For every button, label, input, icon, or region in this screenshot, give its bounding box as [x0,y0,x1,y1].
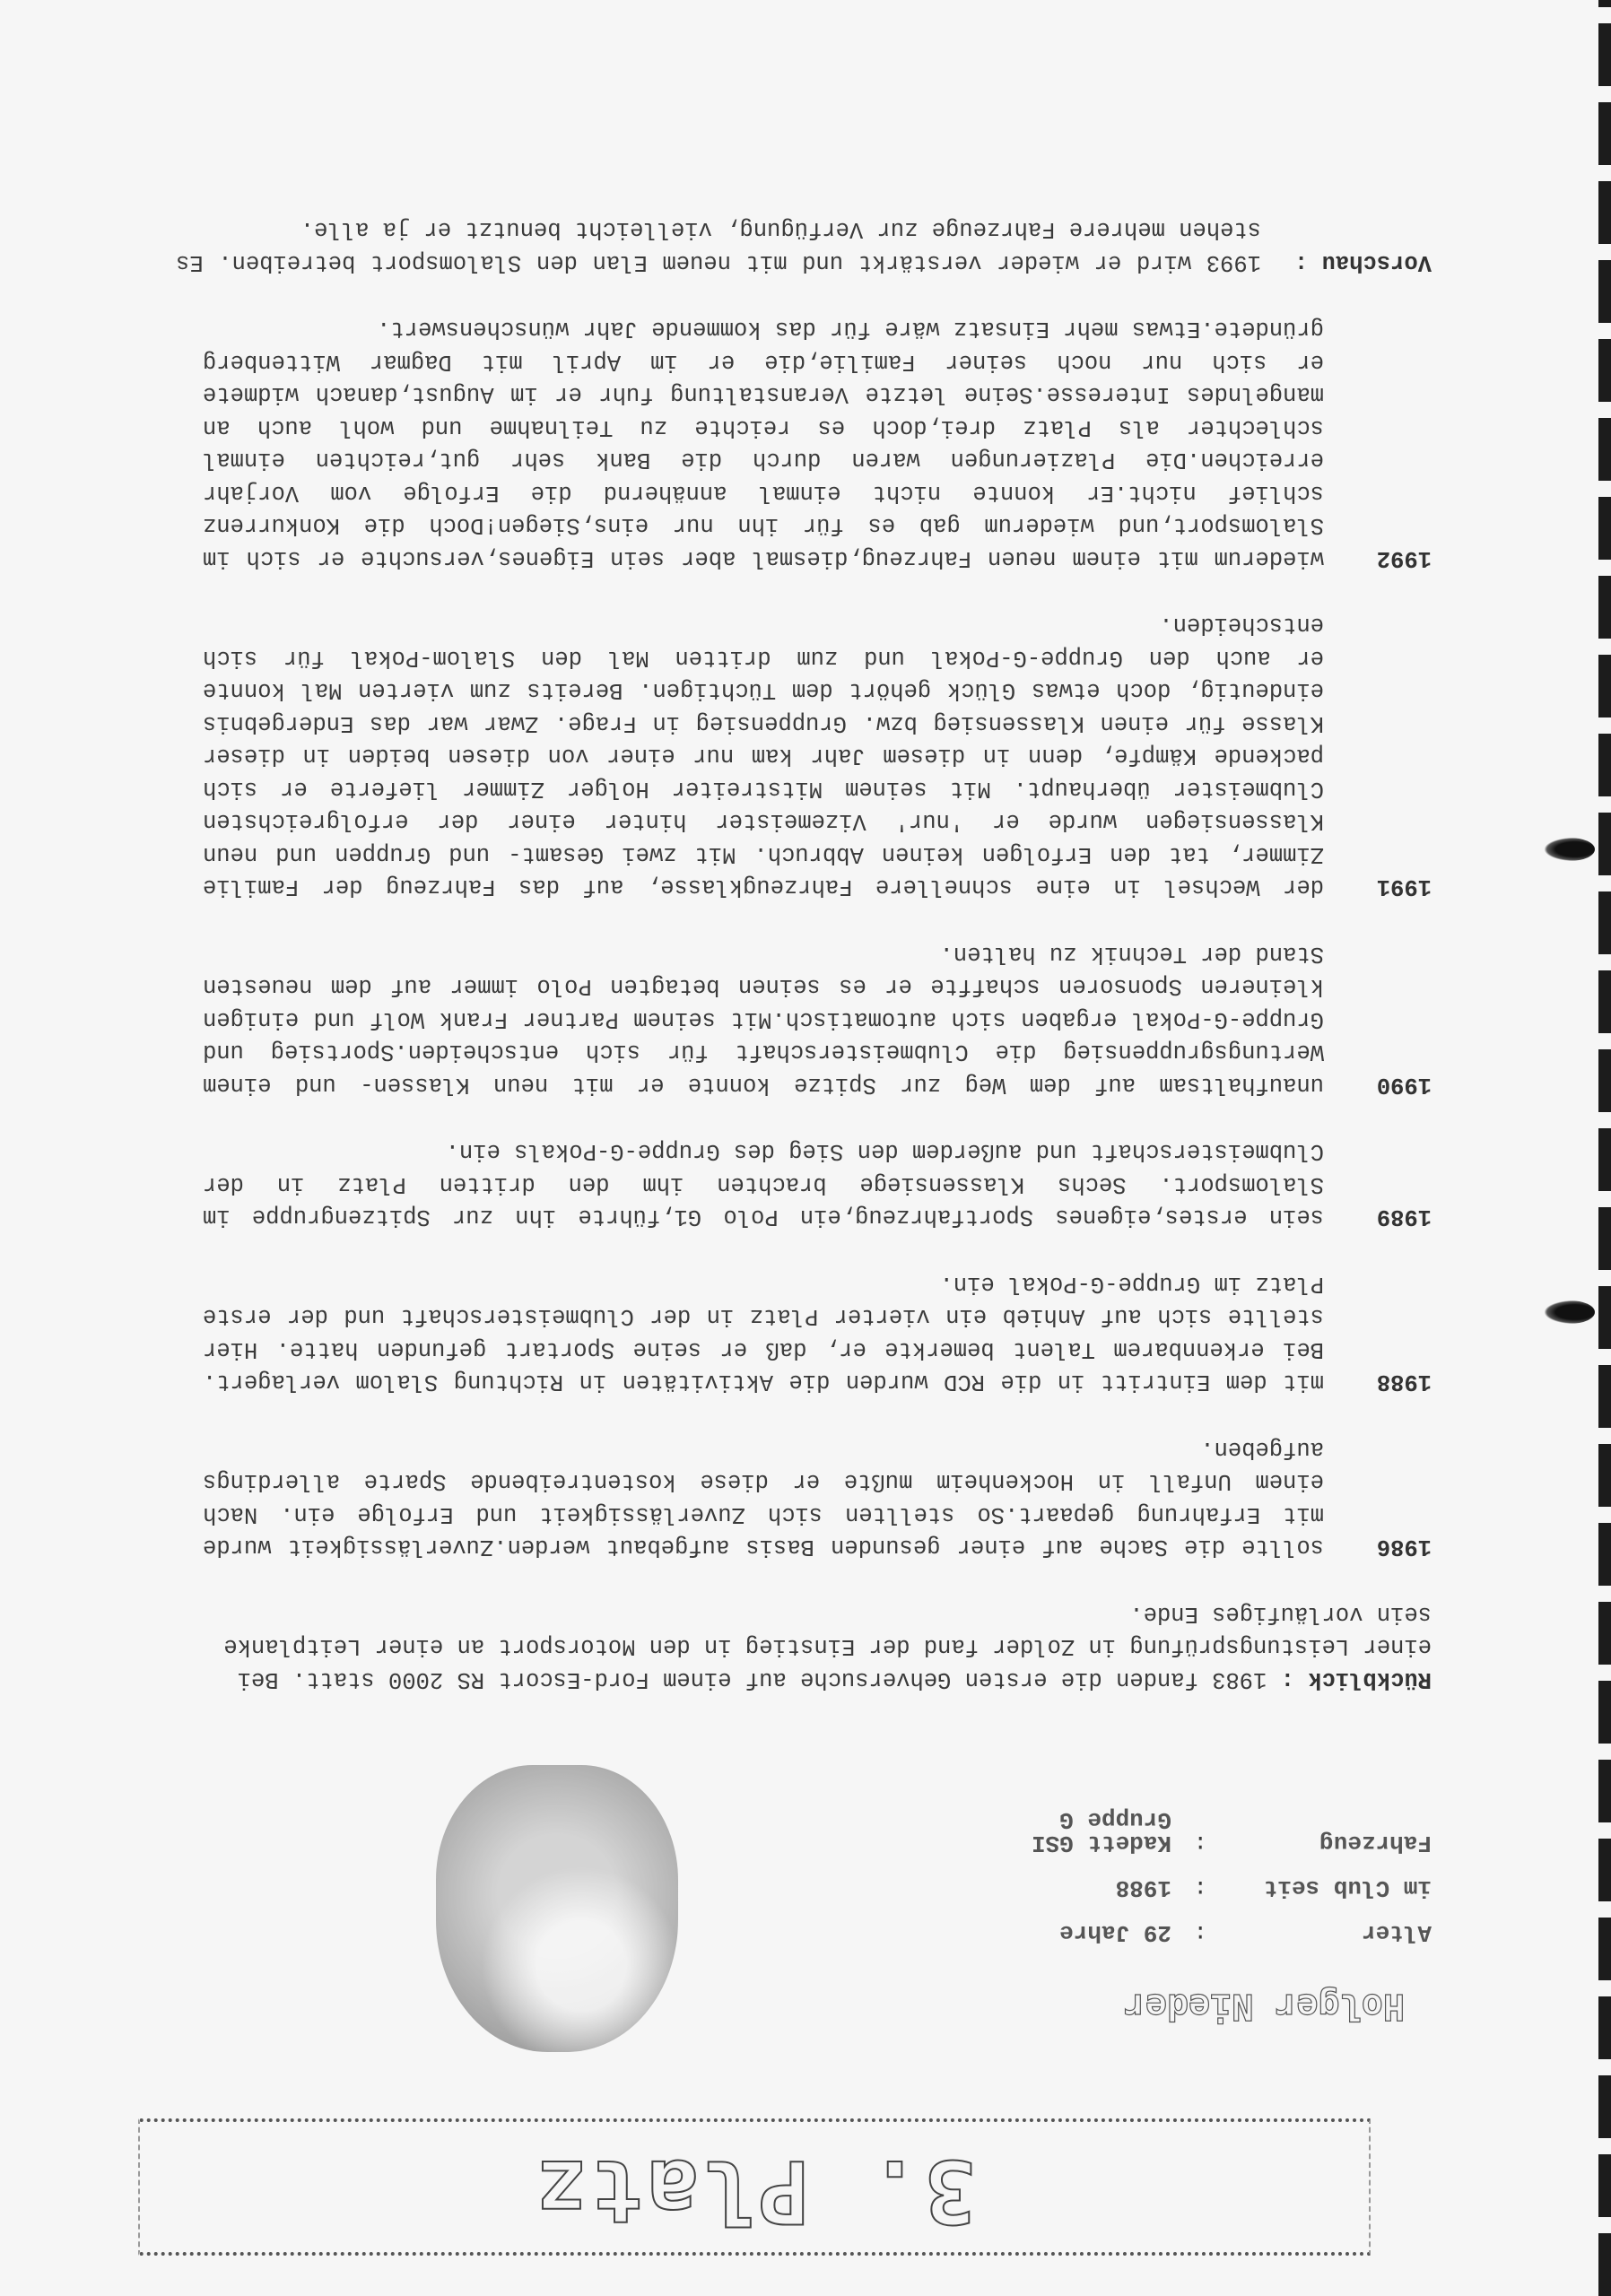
fact-separator: : [1171,1830,1207,1857]
entry-1992: 1992 wiederum mit einem neuen Fahrzeug,d… [176,312,1432,574]
entry-year: 1990 [1324,937,1432,1101]
fact-separator: : [1171,1874,1207,1901]
entry-text: sollte die Sache auf einer gesunden Basi… [203,1432,1324,1563]
page-title: 3. Platz [140,2141,1369,2241]
career-history: Rückblick : 1983 fanden die ersten Gehve… [176,178,1432,1695]
entry-1988: 1988 mit dem Eintritt in die RCD wurden … [176,1267,1432,1398]
entry-year: 1988 [1324,1267,1432,1398]
binder-edge [1598,0,1611,2296]
profile-facts: Alter : 29 Jahre im Club seit : 1988 Fah… [1032,1806,1432,1955]
entry-text: 1993 wird er wieder verstärkt und mit ne… [176,213,1261,278]
entry-year: Vorschau : [1261,213,1432,278]
fact-value: 1988 [1116,1874,1171,1901]
entry-1991: 1991 der Wechsel in eine schnellere Fahr… [176,608,1432,903]
entry-vorschau: Vorschau : 1993 wird er wieder verstärkt… [176,213,1432,278]
entry-text: der Wechsel in eine schnellere Fahrzeugk… [203,608,1324,903]
fact-label: im Club seit [1207,1874,1432,1901]
portrait-photo [436,1765,678,2052]
entry-text: unaufhaltsam auf dem Weg zur Spitze konn… [203,937,1324,1101]
entry-text: mit dem Eintritt in die RCD wurden die A… [203,1267,1324,1398]
driver-name: Holger Nieder [1124,1986,1405,2027]
entry-rueckblick: Rückblick : 1983 fanden die ersten Gehve… [176,1597,1432,1696]
entry-text: wiederum mit einem neuen Fahrzeug,diesma… [203,312,1324,574]
entry-1989: 1989 sein erstes,eigenes Sportfahrzeug,e… [176,1135,1432,1233]
entry-1990: 1990 unaufhaltsam auf dem Weg zur Spitze… [176,937,1432,1101]
fact-member-since: im Club seit : 1988 [1032,1865,1432,1910]
entry-year: Rückblick : [1281,1666,1432,1692]
fact-age: Alter : 29 Jahre [1032,1910,1432,1955]
entry-year: 1986 [1324,1432,1432,1563]
entry-text: sein erstes,eigenes Sportfahrzeug,ein Po… [203,1135,1324,1233]
fact-value: 29 Jahre [1059,1919,1171,1946]
hole-punch-icon [1545,1300,1595,1324]
fact-label: Alter [1207,1919,1432,1946]
fact-label: Fahrzeug [1207,1830,1432,1857]
entry-year: 1989 [1324,1135,1432,1233]
fact-value: Kadett GSI [1032,1830,1171,1857]
entry-1986: 1986 sollte die Sache auf einer gesunden… [176,1432,1432,1563]
title-banner: 3. Platz [138,2118,1371,2256]
hole-punch-icon [1545,838,1595,861]
entry-year: 1991 [1324,608,1432,903]
entry-year: 1992 [1324,312,1432,574]
scanned-page: 3. Platz Holger Nieder Alter : 29 Jahre … [0,0,1611,2296]
fact-separator: : [1171,1919,1207,1946]
entry-text: 1983 fanden die ersten Gehversuche auf e… [223,1601,1432,1692]
